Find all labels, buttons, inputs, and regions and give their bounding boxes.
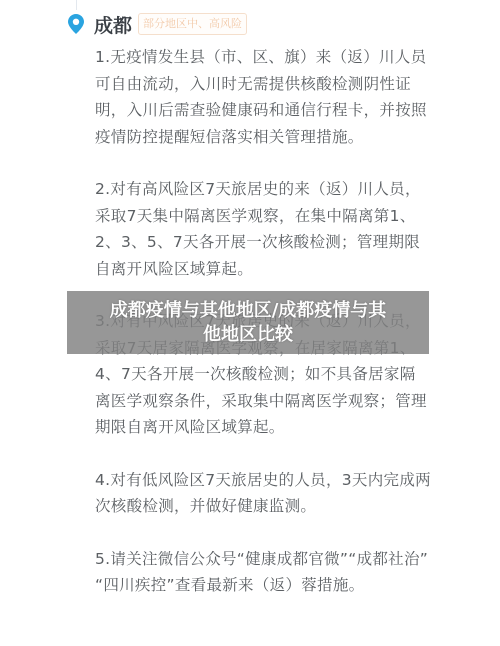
overlay-title-line-1: 成都疫情与其他地区/成都疫情与其 [110, 299, 387, 323]
policy-item-2: 2.对有高风险区7天旅居史的来（返）川人员， 采取7天集中隔离医学观察，在集中隔… [95, 176, 465, 282]
city-name: 成都 [94, 11, 132, 38]
location-pin-icon [68, 14, 84, 34]
policy-line: 采取7天集中隔离医学观察，在集中隔离第1、 [95, 203, 465, 230]
policy-line: 期限自离开风险区域算起。 [95, 414, 465, 441]
policy-line: 4.对有低风险区7天旅居史的人员，3天内完成两 [95, 467, 465, 494]
policy-line: 4、7天各开展一次核酸检测；如不具备居家隔 [95, 361, 465, 388]
policy-item-5: 5.请关注微信公众号“健康成都官微”“成都社治” “四川疾控”查看最新来（返）蓉… [95, 546, 465, 599]
policy-line: 2.对有高风险区7天旅居史的来（返）川人员， [95, 176, 465, 203]
policy-line: 可自由流动，入川时无需提供核酸检测阴性证 [95, 71, 465, 98]
policy-item-4: 4.对有低风险区7天旅居史的人员，3天内完成两 次核酸检测，并做好健康监测。 [95, 467, 465, 520]
policy-line: “四川疾控”查看最新来（返）蓉措施。 [95, 572, 465, 599]
policy-line: 离医学观察条件，采取集中隔离医学观察；管理 [95, 388, 465, 415]
policy-line: 自离开风险区域算起。 [95, 256, 465, 283]
policy-line: 明，入川后需查验健康码和通信行程卡，并按照 [95, 97, 465, 124]
timeline-connector [76, 0, 77, 10]
policy-line: 5.请关注微信公众号“健康成都官微”“成都社治” [95, 546, 465, 573]
policy-item-1: 1.无疫情发生县（市、区、旗）来（返）川人员 可自由流动，入川时无需提供核酸检测… [95, 44, 465, 150]
policy-line: 疫情防控提醒短信落实相关管理措施。 [95, 124, 465, 151]
policy-line: 1.无疫情发生县（市、区、旗）来（返）川人员 [95, 44, 465, 71]
policy-line: 2、3、5、7天各开展一次核酸检测；管理期限 [95, 229, 465, 256]
policy-line: 次核酸检测，并做好健康监测。 [95, 493, 465, 520]
risk-badge: 部分地区中、高风险 [138, 13, 247, 35]
title-overlay: 成都疫情与其他地区/成都疫情与其 他地区比较 [67, 291, 429, 354]
city-header: 成都 部分地区中、高风险 [68, 12, 247, 36]
overlay-title-line-2: 他地区比较 [203, 323, 293, 347]
